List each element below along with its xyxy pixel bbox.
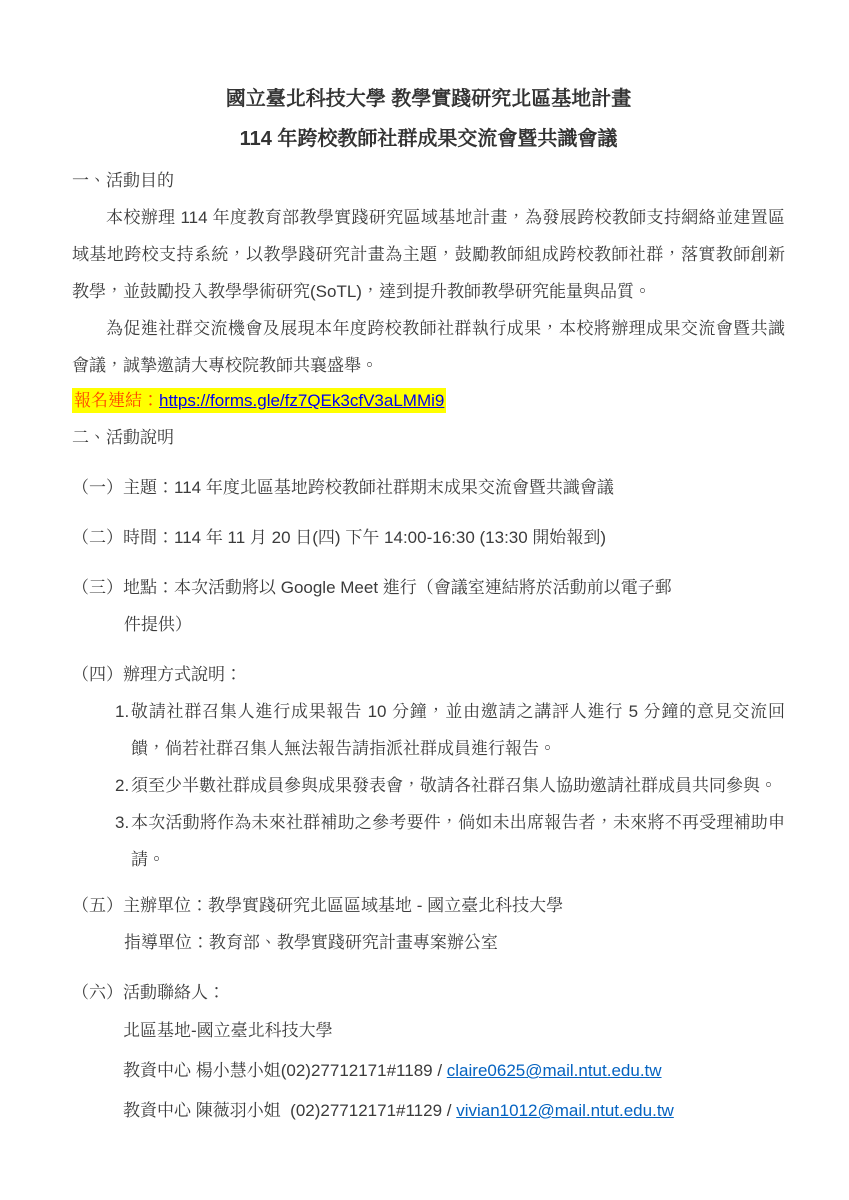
- detail-item-time-text: 時間：114 年 11 月 20 日(四) 下午 14:00-16:30 (13…: [123, 528, 606, 547]
- contacts-heading: 活動聯絡人：: [123, 983, 225, 1002]
- detail-item-location-text-line2: 件提供）: [124, 606, 785, 643]
- detail-item-location-text-line1: 地點：本次活動將以 Google Meet 進行（會議室連結將於活動前以電子郵: [123, 578, 672, 597]
- method-item-3-number: 3.: [115, 804, 131, 878]
- section-purpose-heading: 一、活動目的: [72, 162, 785, 199]
- detail-item-topic-text: 主題：114 年度北區基地跨校教師社群期末成果交流會暨共識會議: [123, 478, 614, 497]
- method-item-3: 3. 本次活動將作為未來社群補助之參考要件，倘如未出席報告者，未來將不再受理補助…: [72, 804, 785, 878]
- method-item-1-number: 1.: [115, 693, 131, 767]
- method-item-3-text: 本次活動將作為未來社群補助之參考要件，倘如未出席報告者，未來將不再受理補助申請。: [131, 804, 785, 878]
- registration-link[interactable]: https://forms.gle/fz7QEk3cfV3aLMMi9: [159, 391, 444, 410]
- detail-item-organizer: （五）主辦單位：教學實踐研究北區區域基地 - 國立臺北科技大學指導單位：教育部、…: [72, 887, 785, 961]
- purpose-paragraph-1: 本校辦理 114 年度教育部教學實踐研究區域基地計畫，為發展跨校教師支持網絡並建…: [72, 199, 785, 310]
- method-item-1-text: 敬請社群召集人進行成果報告 10 分鐘，並由邀請之講評人進行 5 分鐘的意見交流…: [131, 693, 785, 767]
- document-page: 國立臺北科技大學 教學實踐研究北區基地計畫 114 年跨校教師社群成果交流會暨共…: [0, 0, 849, 1200]
- doc-title-line1: 國立臺北科技大學 教學實踐研究北區基地計畫: [72, 84, 785, 114]
- detail-item-method: （四）辦理方式說明：: [72, 656, 785, 693]
- detail-item-time: （二）時間：114 年 11 月 20 日(四) 下午 14:00-16:30 …: [72, 519, 785, 556]
- section-details-heading: 二、活動說明: [72, 419, 785, 456]
- contact-line-1: 教資中心 楊小慧小姐(02)27712171#1189 / claire0625…: [123, 1051, 785, 1091]
- organizer-line1: 主辦單位：教學實踐研究北區區域基地 - 國立臺北科技大學: [123, 896, 563, 915]
- detail-item-location: （三）地點：本次活動將以 Google Meet 進行（會議室連結將於活動前以電…: [72, 569, 785, 643]
- detail-item-time-label: （二）: [72, 528, 123, 547]
- detail-item-organizer-label: （五）: [72, 896, 123, 915]
- registration-line: 報名連結：https://forms.gle/fz7QEk3cfV3aLMMi9: [72, 386, 785, 416]
- method-item-1: 1. 敬請社群召集人進行成果報告 10 分鐘，並由邀請之講評人進行 5 分鐘的意…: [72, 693, 785, 767]
- contact-1-email-link[interactable]: claire0625@mail.ntut.edu.tw: [447, 1061, 662, 1080]
- detail-item-contacts: （六）活動聯絡人：: [72, 974, 785, 1011]
- detail-item-method-text: 辦理方式說明：: [123, 665, 242, 684]
- doc-title-line2: 114 年跨校教師社群成果交流會暨共識會議: [72, 124, 785, 154]
- registration-label: 報名連結：: [74, 391, 159, 410]
- method-item-2-number: 2.: [115, 767, 131, 804]
- method-item-2: 2. 須至少半數社群成員參與成果發表會，敬請各社群召集人協助邀請社群成員共同參與…: [72, 767, 785, 804]
- contact-org: 北區基地-國立臺北科技大學: [123, 1011, 785, 1051]
- contact-1-text: 教資中心 楊小慧小姐(02)27712171#1189 /: [123, 1061, 447, 1080]
- method-list: 1. 敬請社群召集人進行成果報告 10 分鐘，並由邀請之講評人進行 5 分鐘的意…: [72, 693, 785, 878]
- detail-item-topic: （一）主題：114 年度北區基地跨校教師社群期末成果交流會暨共識會議: [72, 469, 785, 506]
- purpose-paragraph-2: 為促進社群交流機會及展現本年度跨校教師社群執行成果，本校將辦理成果交流會暨共識會…: [72, 310, 785, 384]
- detail-item-method-label: （四）: [72, 665, 123, 684]
- detail-item-location-label: （三）: [72, 578, 123, 597]
- method-item-2-text: 須至少半數社群成員參與成果發表會，敬請各社群召集人協助邀請社群成員共同參與。: [131, 767, 785, 804]
- contact-line-2: 教資中心 陳薇羽小姐 (02)27712171#1129 / vivian101…: [123, 1091, 785, 1131]
- contacts-block: 北區基地-國立臺北科技大學 教資中心 楊小慧小姐(02)27712171#118…: [72, 1011, 785, 1131]
- registration-highlight: 報名連結：https://forms.gle/fz7QEk3cfV3aLMMi9: [72, 388, 446, 413]
- contact-2-email-link[interactable]: vivian1012@mail.ntut.edu.tw: [456, 1101, 674, 1120]
- detail-item-contacts-label: （六）: [72, 983, 123, 1002]
- organizer-line2: 指導單位：教育部、教學實踐研究計畫專案辦公室: [124, 924, 785, 961]
- detail-item-topic-label: （一）: [72, 478, 123, 497]
- contact-2-text: 教資中心 陳薇羽小姐 (02)27712171#1129 /: [123, 1101, 456, 1120]
